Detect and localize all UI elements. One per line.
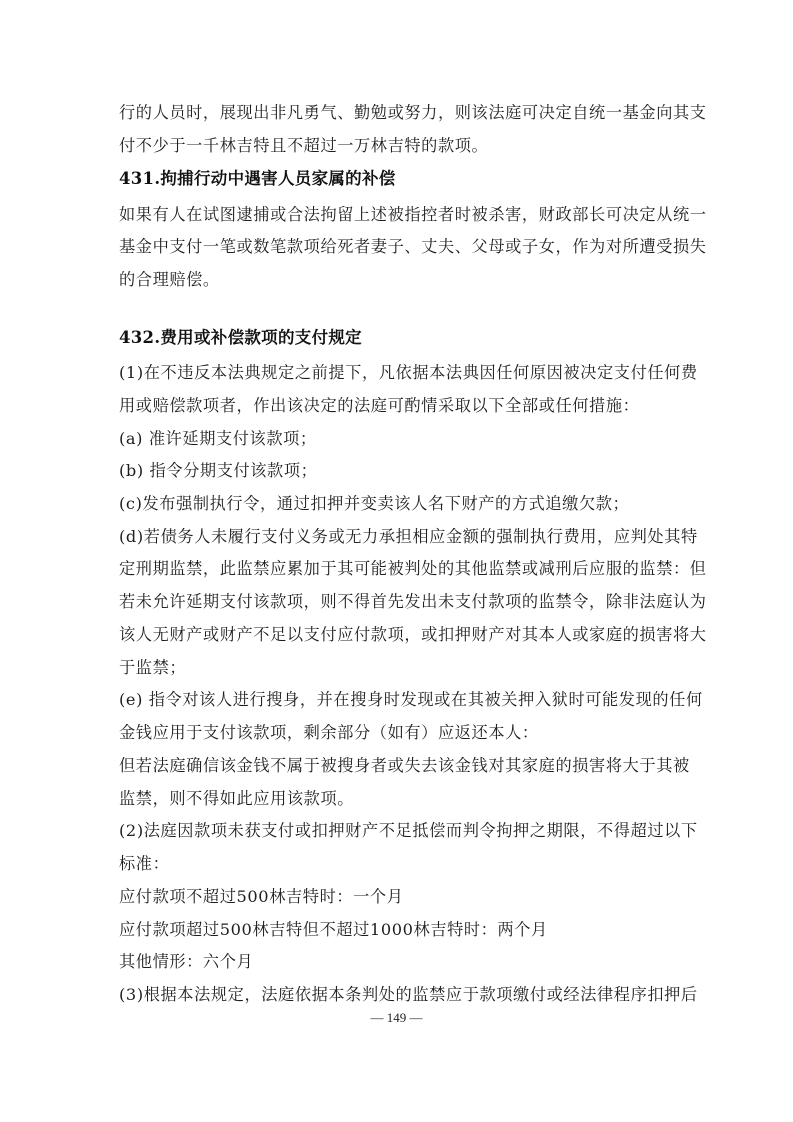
body-text-line: 监禁，则不得如此应用该款项。 bbox=[119, 789, 679, 809]
page-number: — 149 — bbox=[0, 1010, 793, 1026]
body-text-line: (1)在不违反本法典规定之前提下，凡依据本法典因任何原因被决定支付任何费 bbox=[119, 363, 679, 383]
body-text-line: 定刑期监禁，此监禁应累加于其可能被判处的其他监禁或减刑后应服的监禁：但 bbox=[119, 559, 679, 579]
term-rule-1: 应付款项不超过500林吉特时：一个月 bbox=[119, 887, 679, 907]
list-item-e: (e) 指令对该人进行搜身，并在搜身时发现或在其被关押入狱时可能发现的任何 bbox=[119, 690, 679, 710]
body-text-line: 付不少于一千林吉特且不超过一万林吉特的款项。 bbox=[119, 136, 679, 156]
body-text-line: 标准： bbox=[119, 854, 679, 874]
list-item-c: (c)发布强制执行令，通过扣押并变卖该人名下财产的方式追缴欠款； bbox=[119, 494, 679, 514]
body-text-line: 于监禁； bbox=[119, 658, 679, 678]
body-text-line: 基金中支付一笔或数笔款项给死者妻子、丈夫、父母或子女，作为对所遭受损失 bbox=[119, 237, 679, 257]
body-text-line: 该人无财产或财产不足以支付应付款项，或扣押财产对其本人或家庭的损害将大 bbox=[119, 625, 679, 645]
body-text-line: 如果有人在试图逮捕或合法拘留上述被指控者时被杀害，财政部长可决定从统一 bbox=[119, 205, 679, 225]
list-item-d: (d)若债务人未履行支付义务或无力承担相应金额的强制执行费用，应判处其特 bbox=[119, 527, 679, 547]
term-rule-2: 应付款项超过500林吉特但不超过1000林吉特时：两个月 bbox=[119, 920, 679, 940]
body-text-line: 行的人员时，展现出非凡勇气、勤勉或努力，则该法庭可决定自统一基金向其支 bbox=[119, 103, 679, 123]
subsection-2: (2)法庭因款项未获支付或扣押财产不足抵偿而判令拘押之期限，不得超过以下 bbox=[119, 821, 679, 841]
document-page: 行的人员时，展现出非凡勇气、勤勉或努力，则该法庭可决定自统一基金向其支 付不少于… bbox=[0, 0, 793, 1122]
section-heading-431: 431.拘捕行动中遇害人员家属的补偿 bbox=[119, 169, 396, 189]
body-text-line: 的合理赔偿。 bbox=[119, 270, 679, 290]
body-text-line: 用或赔偿款项者，作出该决定的法庭可酌情采取以下全部或任何措施： bbox=[119, 396, 679, 416]
list-item-a: (a) 准许延期支付该款项； bbox=[119, 429, 679, 449]
subsection-3: (3)根据本法规定，法庭依据本条判处的监禁应于款项缴付或经法律程序扣押后 bbox=[119, 985, 679, 1005]
term-rule-3: 其他情形：六个月 bbox=[119, 952, 679, 972]
section-heading-432: 432.费用或补偿款项的支付规定 bbox=[119, 328, 362, 348]
body-text-line: 金钱应用于支付该款项，剩余部分（如有）应返还本人： bbox=[119, 723, 679, 743]
list-item-b: (b) 指令分期支付该款项； bbox=[119, 461, 679, 481]
proviso-text-line: 但若法庭确信该金钱不属于被搜身者或失去该金钱对其家庭的损害将大于其被 bbox=[119, 756, 679, 776]
body-text-line: 若未允许延期支付该款项，则不得首先发出未支付款项的监禁令，除非法庭认为 bbox=[119, 592, 679, 612]
